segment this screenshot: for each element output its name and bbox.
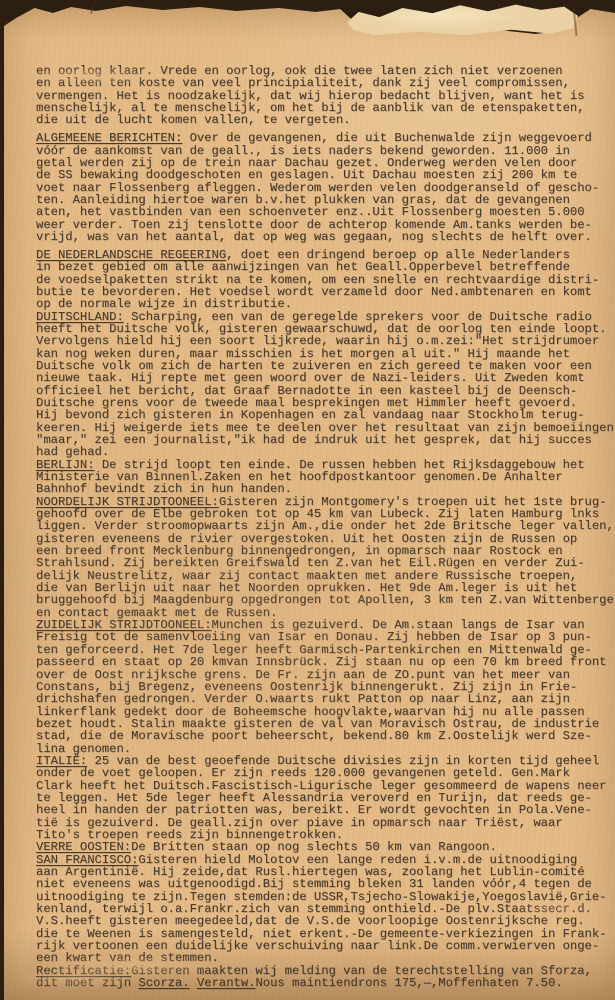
text-line: vrijd, was van het aantal, dat op weg wa… — [36, 231, 615, 243]
news-section: ITALIË: 25 van de best geoefende Duitsch… — [36, 755, 615, 841]
news-section: DUITSCHLAND: Scharping, een van de gereg… — [36, 311, 615, 459]
text-line: ALGEMEENE BERICHTEN: Over de gevangenen,… — [36, 132, 615, 144]
photo-of-typed-bulletin: { "page": { "paper_color": "#e4ba86", "b… — [0, 0, 615, 1000]
text-line: over de Oost nrijksche grens. De Fr. zij… — [36, 669, 615, 681]
text-line: Strahlsund. Zij bereikten Greifswald ten… — [36, 557, 615, 569]
news-section: en oorlog klaar. Vrede en oorlog, ook di… — [36, 65, 615, 127]
text-line: stad, die de Moravische poort beheerscht… — [36, 730, 615, 742]
text-line: had gehad. — [36, 446, 615, 458]
text-line: passeerd en staat op 20 kmvan Innsbrück.… — [36, 656, 615, 668]
text-line: en alleen ten koste van veel principiali… — [36, 77, 615, 89]
news-section: Rectificatie:Gisteren maakten wij meldin… — [36, 965, 615, 990]
news-section: NOORDELIJK STRIJDTOONEEL:Gisteren zijn M… — [36, 496, 615, 619]
news-section: SAN FRANCISCO:Gisteren hield Molotov een… — [36, 854, 615, 965]
text-line: Freisig tot de samenvloeiing van Isar en… — [36, 631, 615, 643]
text-line: heel in handen der patriotten was, berei… — [36, 804, 615, 816]
text-line: de voedselpaketten strikt na te komen, o… — [36, 274, 615, 286]
news-section: ALGEMEENE BERICHTEN: Over de gevangenen,… — [36, 132, 615, 243]
text-line: in bezet gebied om alle aanwijzingen van… — [36, 261, 615, 273]
text-line: V.S.heeft gisteren meegedeeld,dat de V.S… — [36, 915, 615, 927]
text-line: bruggehoofd bij Maagdenburg opgedrongen … — [36, 594, 615, 606]
text-line: onder de voet geloopen. Er zijn reeds 12… — [36, 767, 615, 779]
document-text: en oorlog klaar. Vrede en oorlog, ook di… — [36, 65, 615, 989]
news-section: DE NEDERLANDSCHE REGEERING, doet een dri… — [36, 249, 615, 311]
text-line: nieuwe taak. Hij repte met geen woord ov… — [36, 372, 615, 384]
text-line: liggen. Verder stroomopwaarts zijn Am.,d… — [36, 520, 615, 532]
text-line: Hij bevond zich gisteren in Kopenhagen e… — [36, 409, 615, 421]
underlined-word: Scorza. — [138, 976, 189, 990]
text-line: drichshafen gedrongen. Verder O.waarts r… — [36, 693, 615, 705]
underlined-word: Verantw. — [197, 976, 256, 990]
text-line: dit moet zijn Scorza. Verantw.Nous maint… — [36, 977, 615, 989]
text-line: de SS bewaking doodgeschoten en geslagen… — [36, 169, 615, 181]
text-line: "maar," zei een journalist,"ik had de in… — [36, 434, 615, 446]
text-line: niet eveneens was uitgenoodigd.Bij stemm… — [36, 878, 615, 890]
text-line: die uit de lucht komen vallen, te verget… — [36, 114, 615, 126]
news-section: ZUIDELIJK STRIJDTOONEEL:Munchen is gezui… — [36, 619, 615, 755]
text-line: Vervolgens hield hij een soort lijkrede,… — [36, 335, 615, 347]
news-section: BERLIJN: De strijd loopt ten einde. De r… — [36, 459, 615, 496]
text-line: aten, het vastbinden van een schoenveter… — [36, 206, 615, 218]
